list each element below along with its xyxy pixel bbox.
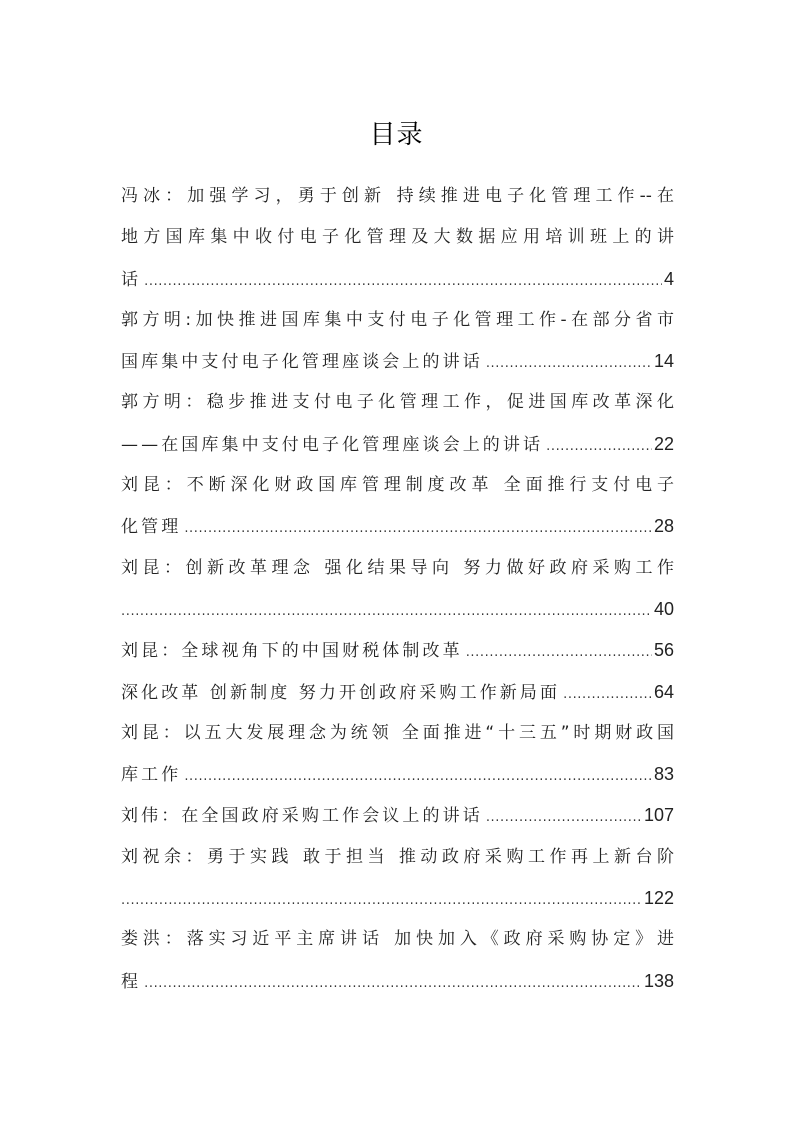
toc-page-number: 122 [644, 878, 674, 919]
toc-entry[interactable]: 冯冰：加强学习，勇于创新 持续推进电子化管理工作--在 地方国库集中收付电子化管… [121, 176, 674, 300]
toc-entry-title-line: 娄洪：落实习近平主席讲话 加快加入《政府采购协定》进 [121, 919, 674, 960]
dot-leader [144, 963, 642, 1002]
toc-entry[interactable]: 郭方明:加快推进国库集中支付电子化管理工作-在部分省市 国库集中支付电子化管理座… [121, 300, 674, 383]
toc-entry[interactable]: 刘昆：以五大发展理念为统领 全面推进“十三五”时期财政国 库工作83 [121, 713, 674, 796]
toc-page-number: 14 [654, 341, 674, 382]
toc-entry-title-line: 郭方明：稳步推进支付电子化管理工作，促进国库改革深化 [121, 382, 674, 423]
toc-page-number: 4 [664, 259, 674, 300]
toc-entry[interactable]: 刘昆：创新改革理念 强化结果导向 努力做好政府采购工作 40 [121, 548, 674, 631]
toc-entry[interactable]: 娄洪：落实习近平主席讲话 加快加入《政府采购协定》进 程138 [121, 919, 674, 1002]
toc-entry-title-line: ——在国库集中支付电子化管理座谈会上的讲话 [121, 425, 543, 465]
toc-entry[interactable]: 郭方明：稳步推进支付电子化管理工作，促进国库改革深化 ——在国库集中支付电子化管… [121, 382, 674, 465]
toc-entry-title-line: 话 [121, 260, 141, 300]
toc-entry[interactable]: 刘伟：在全国政府采购工作会议上的讲话107 [121, 795, 674, 836]
dot-leader [121, 880, 642, 919]
toc-entry-title-line: 库工作 [121, 755, 181, 795]
toc-entry-title-line: 程 [121, 962, 141, 1002]
dot-leader [486, 797, 642, 836]
toc-page-number: 40 [654, 589, 674, 630]
dot-leader [121, 591, 652, 630]
toc-entry[interactable]: 刘祝余：勇于实践 敢于担当 推动政府采购工作再上新台阶 122 [121, 837, 674, 920]
toc-page-number: 22 [654, 424, 674, 465]
document-page: 目录 冯冰：加强学习，勇于创新 持续推进电子化管理工作--在 地方国库集中收付电… [0, 0, 793, 1122]
toc-entry-title-line: 深化改革 创新制度 努力开创政府采购工作新局面 [121, 673, 560, 713]
toc-entry-title-line: 刘昆：不断深化财政国库管理制度改革 全面推行支付电子 [121, 465, 674, 506]
toc-entry-title-line: 刘伟：在全国政府采购工作会议上的讲话 [121, 796, 483, 836]
toc-page-number: 138 [644, 961, 674, 1002]
dot-leader [563, 674, 652, 713]
toc-title: 目录 [0, 114, 793, 151]
toc-entry-title-line: 刘昆：全球视角下的中国财税体制改革 [121, 631, 463, 671]
toc-entry-title-line: 郭方明:加快推进国库集中支付电子化管理工作-在部分省市 [121, 300, 674, 341]
toc-entry[interactable]: 刘昆：全球视角下的中国财税体制改革56 [121, 630, 674, 671]
toc-page-number: 107 [644, 795, 674, 836]
toc-entry-title-line: 地方国库集中收付电子化管理及大数据应用培训班上的讲 [121, 217, 674, 258]
toc-page-number: 64 [654, 672, 674, 713]
toc-page-number: 83 [654, 754, 674, 795]
toc-entry-title-line: 化管理 [121, 507, 181, 547]
dot-leader [184, 756, 652, 795]
toc-entry-title-line: 国库集中支付电子化管理座谈会上的讲话 [121, 342, 483, 382]
toc-entry-title-line: 冯冰：加强学习，勇于创新 持续推进电子化管理工作--在 [121, 176, 674, 217]
dot-leader [466, 632, 652, 671]
dot-leader [546, 426, 652, 465]
table-of-contents: 冯冰：加强学习，勇于创新 持续推进电子化管理工作--在 地方国库集中收付电子化管… [121, 176, 674, 1002]
toc-entry[interactable]: 刘昆：不断深化财政国库管理制度改革 全面推行支付电子 化管理28 [121, 465, 674, 548]
toc-page-number: 28 [654, 506, 674, 547]
toc-entry-title-line: 刘昆：创新改革理念 强化结果导向 努力做好政府采购工作 [121, 548, 674, 589]
dot-leader [486, 343, 652, 382]
toc-entry-title-line: 刘祝余：勇于实践 敢于担当 推动政府采购工作再上新台阶 [121, 837, 674, 878]
dot-leader [184, 508, 652, 547]
toc-page-number: 56 [654, 630, 674, 671]
toc-entry[interactable]: 深化改革 创新制度 努力开创政府采购工作新局面64 [121, 672, 674, 713]
toc-entry-title-line: 刘昆：以五大发展理念为统领 全面推进“十三五”时期财政国 [121, 713, 674, 754]
dot-leader [144, 261, 662, 300]
